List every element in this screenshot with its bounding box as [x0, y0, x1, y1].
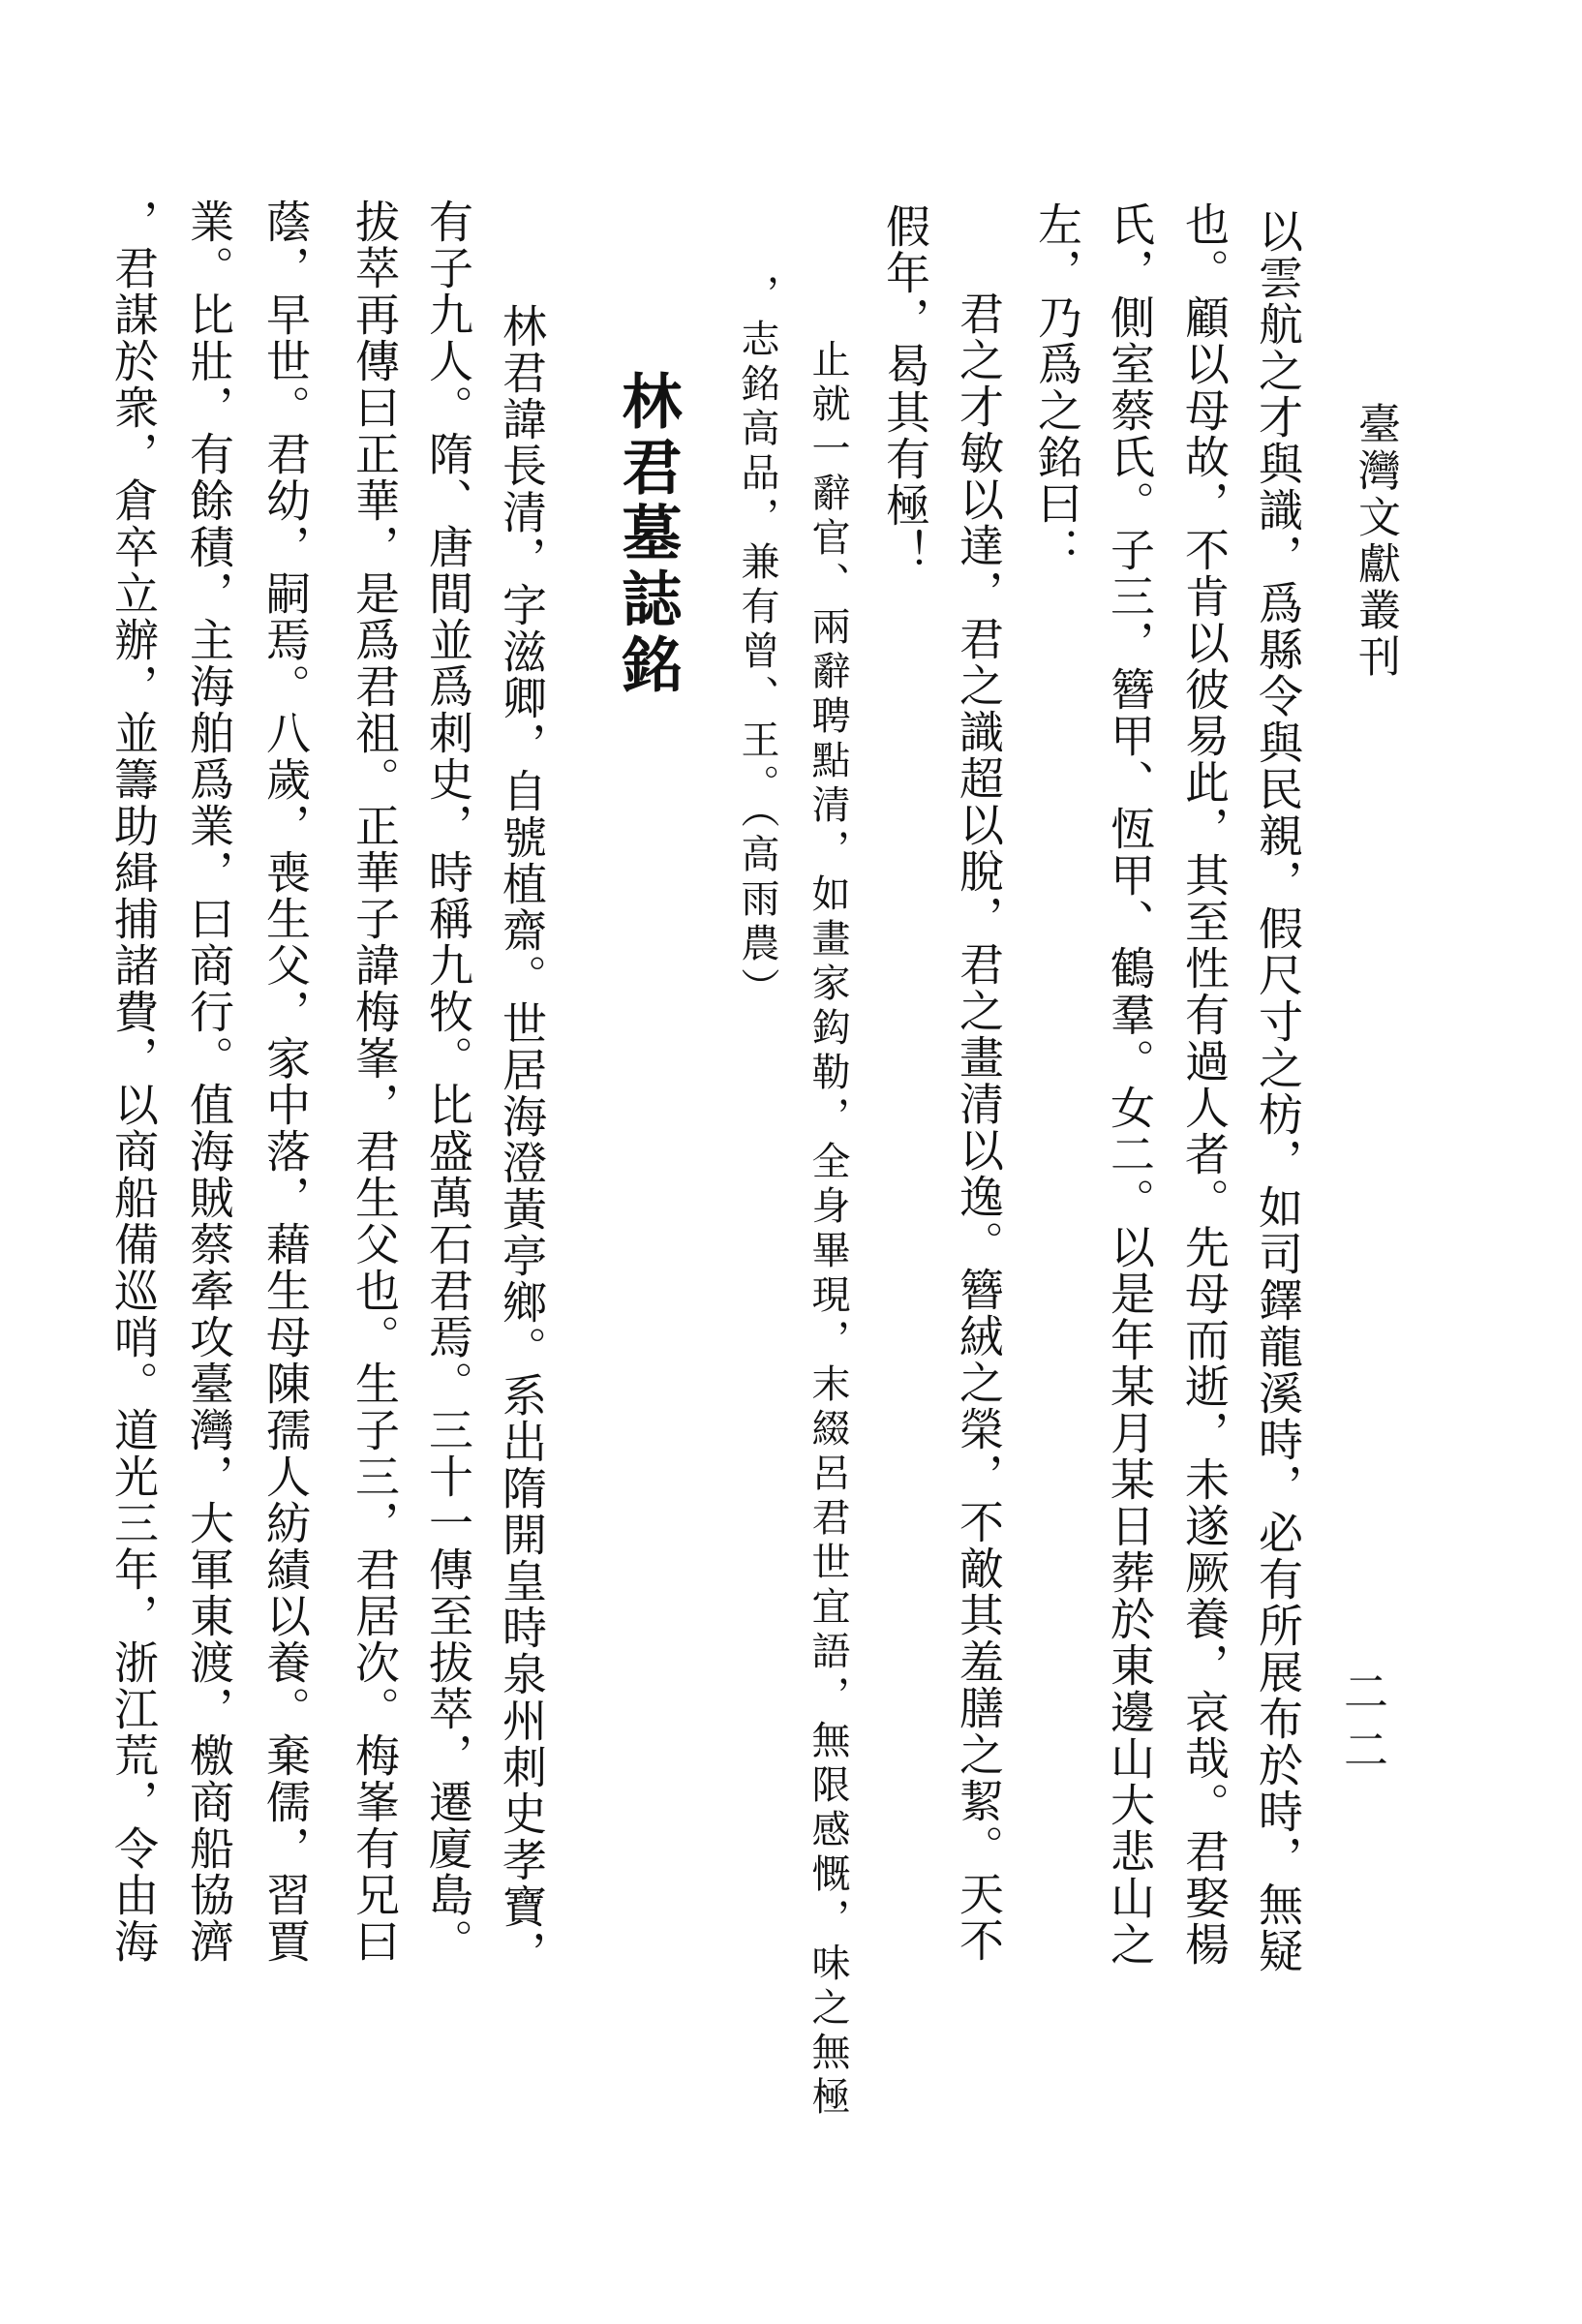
page-number: 二二: [1341, 1668, 1385, 1785]
text-column-8: ，志銘高品，兼有曾、王。（高雨農）: [738, 274, 776, 1012]
text-column-5: 君之才敏以達，君之識超以脫，君之畫清以逸。簪絨之榮，不敵其羞膳之絜。天不: [957, 290, 1001, 1964]
scanned-page: 臺灣文獻叢刊 二二 林君墓誌銘 以雲航之才與識，爲縣令與民親，假尺寸之枋，如司鐸…: [0, 0, 1582, 2324]
text-column-7: 止就一辭官、兩辭聘點清，如畫家鈎勒，全身畢現，末綴呂君世宜語，無限感慨，味之無極: [808, 339, 847, 2121]
text-column-13: 業。比壯，有餘積，主海舶爲業，曰商行。值海賊蔡牽攻臺灣，大軍東渡，檄商船協濟: [187, 199, 231, 1965]
running-head-publication-title: 臺灣文獻叢刊: [1352, 402, 1396, 681]
article-title: 林君墓誌銘: [615, 370, 677, 699]
text-column-6: 假年，曷其有極！: [883, 203, 928, 575]
text-column-12: 蔭，早世。君幼，嗣焉。八歲，喪生父，家中落，藉生母陳孺人紡績以養。棄儒，習賈: [263, 199, 308, 1965]
text-column-10: 有子九人。隋、唐間並爲刺史，時稱九牧。比盛萬石君焉。三十一傳至拔萃，遷廈島。: [426, 199, 471, 1965]
text-column-4: 左，乃爲之銘曰：: [1035, 201, 1080, 573]
text-column-9: 林君諱長清，字滋卿，自號植齋。世居海澄黃亭鄉。系出隋開皇時泉州刺史孝寶，: [500, 303, 544, 1976]
text-column-3: 氏，側室蔡氏。子三，簪甲、恆甲、鶴羣。女二。以是年某月某日葬於東邊山大悲山之: [1108, 201, 1152, 1968]
text-column-1: 以雲航之才與識，爲縣令與民親，假尺寸之枋，如司鐸龍溪時，必有所展布於時，無疑: [1256, 208, 1300, 1974]
text-column-14: ，君謀於衆，倉卒立辦，並籌助緝捕諸費，以商船備巡哨。道光三年，浙江荒，令由海: [111, 199, 156, 1965]
text-column-11: 拔萃再傳曰正華，是爲君祖。正華子諱梅峯，君生父也。生子三，君居次。梅峯有兄曰: [352, 199, 397, 1965]
text-column-2: 也。顧以母故，不肯以彼易此，其至性有過人者。先母而逝，未遂厥養，哀哉。君娶楊: [1182, 201, 1227, 1968]
